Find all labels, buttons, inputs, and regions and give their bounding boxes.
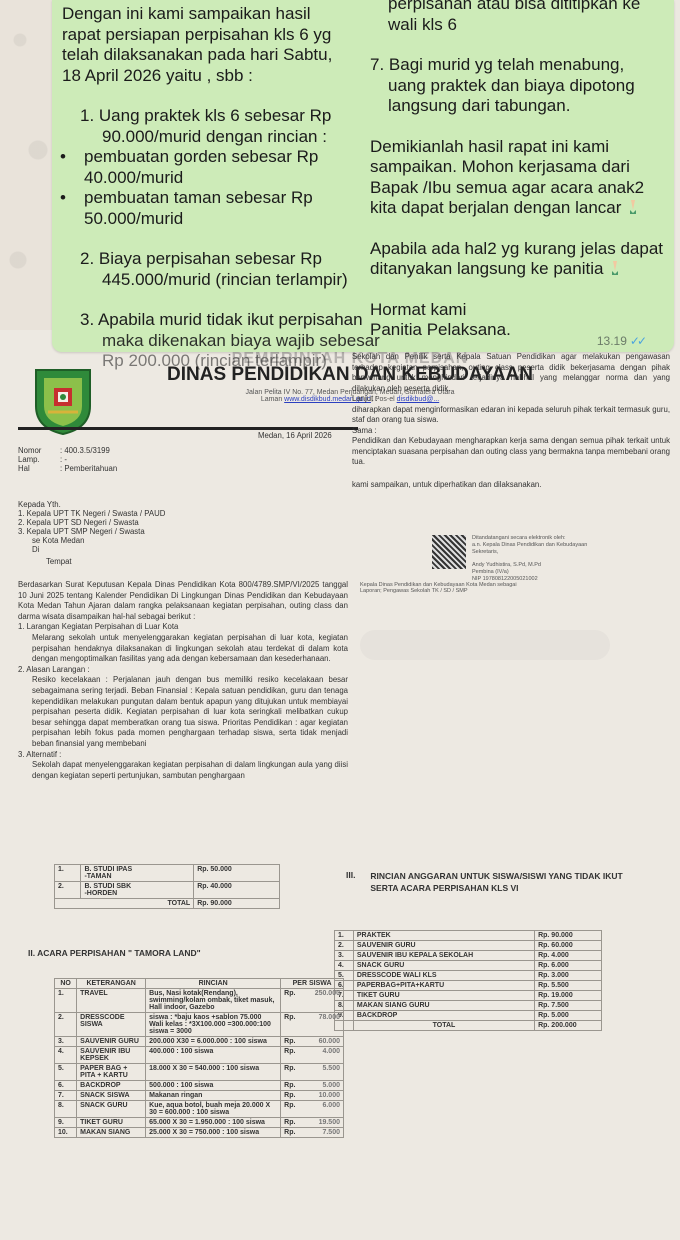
message-right-column: perpisahan atau bisa dititipkan ke wali … xyxy=(370,0,670,341)
table-row: 10.MAKAN SIANG25.000 X 30 = 750.000 : 10… xyxy=(55,1128,344,1138)
cell-currency: Rp. xyxy=(281,1064,304,1081)
cell-currency: Rp. xyxy=(281,1081,304,1091)
question-text: Apabila ada hal2 yg kurang jelas dapat d… xyxy=(370,239,670,280)
meta-row: Lamp.: - xyxy=(18,455,178,464)
non-participant-cost-table: 1.PRAKTEKRp. 90.0002.SAUVENIR GURURp. 60… xyxy=(334,930,602,1031)
cell-no: 4. xyxy=(55,1047,77,1064)
folded-hands-icon xyxy=(608,260,622,276)
cell-currency: Rp. xyxy=(281,1047,304,1064)
cell-amount: Rp. 6.000 xyxy=(535,961,602,971)
letter-paragraph: kami sampaikan, untuk diperhatikan dan d… xyxy=(352,480,670,491)
closing-text: Demikianlah hasil rapat ini kami sampaik… xyxy=(370,137,670,219)
meta-row: Nomor: 400.3.5/3199 xyxy=(18,446,178,455)
cell-keterangan: PAPER BAG + PITA + KARTU xyxy=(77,1064,146,1081)
table-row: 1.B. STUDI IPAS-TAMANRp. 50.000 xyxy=(55,865,280,882)
meta-value: : - xyxy=(60,455,67,464)
item-sub: -HORDEN xyxy=(84,890,190,897)
meta-value: : 400.3.5/3199 xyxy=(60,446,110,455)
cell-amount: Rp. 7.500 xyxy=(535,1001,602,1011)
letter-meta: Nomor: 400.3.5/3199Lamp.: -Hal: Pemberit… xyxy=(18,446,178,473)
cell-keterangan: SNACK GURU xyxy=(77,1101,146,1118)
cell-no: 2. xyxy=(335,941,354,951)
cell-rincian: 200.000 X30 = 6.000.000 : 100 siswa xyxy=(146,1037,281,1047)
cell-keterangan: SNACK SISWA xyxy=(77,1091,146,1101)
total-label: TOTAL xyxy=(353,1021,534,1031)
cell-currency: Rp. xyxy=(281,1128,304,1138)
table-row: 2.B. STUDI SBK-HORDENRp. 40.000 xyxy=(55,882,280,899)
cell-amount: 7.500 xyxy=(303,1128,343,1138)
cell-amount: Rp. 50.000 xyxy=(194,865,280,882)
meta-label: Hal xyxy=(18,464,60,473)
cell-item: DRESSCODE WALI KLS xyxy=(353,971,534,981)
cell-no: 1. xyxy=(55,989,77,1013)
cell-no: 3. xyxy=(55,1037,77,1047)
cell-no: 10. xyxy=(55,1128,77,1138)
cell-keterangan: BACKDROP xyxy=(77,1081,146,1091)
cell-item: BACKDROP xyxy=(353,1011,534,1021)
praktek-cost-table: 1.B. STUDI IPAS-TAMANRp. 50.0002.B. STUD… xyxy=(54,864,280,909)
table-row: 6.PAPERBAG+PITA+KARTURp. 5.500 xyxy=(335,981,602,991)
bullet-item: pembuatan taman sebesar Rp 50.000/murid xyxy=(62,188,352,229)
recipient-item: 3. Kepala UPT SMP Negeri / Swasta xyxy=(18,527,238,536)
section-3-title: III. RINCIAN ANGGARAN UNTUK SISWA/SISWI … xyxy=(346,870,666,894)
column-header: PER SISWA xyxy=(281,979,344,989)
cell-amount: 6.000 xyxy=(303,1101,343,1118)
cell-no: 9. xyxy=(55,1118,77,1128)
cell-amount: 5.500 xyxy=(303,1064,343,1081)
cell-rincian: Makanan ringan xyxy=(146,1091,281,1101)
total-amount: Rp. 90.000 xyxy=(194,899,280,909)
cell-amount: 10.000 xyxy=(303,1091,343,1101)
cell-amount: 60.000 xyxy=(303,1037,343,1047)
recipient-tail: se Kota Medan xyxy=(18,536,238,545)
table-row: 5.PAPER BAG + PITA + KARTU18.000 X 30 = … xyxy=(55,1064,344,1081)
cell-rincian: 65.000 X 30 = 1.950.000 : 100 siswa xyxy=(146,1118,281,1128)
cell-no: 2. xyxy=(55,882,81,899)
recipient-tail: Tempat xyxy=(18,557,238,566)
message-timestamp: 13.19✓✓ xyxy=(597,334,644,348)
cell-item: SAUVENIR IBU KEPALA SEKOLAH xyxy=(353,951,534,961)
tembusan: Kepala Dinas Pendidikan dan Kebudayaan K… xyxy=(360,582,530,594)
qr-signature-code xyxy=(432,535,466,569)
attached-document-image[interactable]: PEMERINTAH KOTA MEDAN DINAS PENDIDIKAN D… xyxy=(0,330,680,1240)
recipients: Kepada Yth. 1. Kepala UPT TK Negeri / Sw… xyxy=(18,500,238,566)
cell-rincian: 25.000 X 30 = 750.000 : 100 siswa xyxy=(146,1128,281,1138)
folded-hands-icon xyxy=(626,199,640,215)
column-header: NO xyxy=(55,979,77,989)
cell-no: 8. xyxy=(55,1101,77,1118)
table-row: 2.SAUVENIR GURURp. 60.000 xyxy=(335,941,602,951)
letter-paragraph: Lanjut : xyxy=(352,394,670,405)
cell-keterangan: SAUVENIR GURU xyxy=(77,1037,146,1047)
cell-item: MAKAN SIANG GURU xyxy=(353,1001,534,1011)
table-total-row: TOTALRp. 200.000 xyxy=(335,1021,602,1031)
cell-item: TIKET GURU xyxy=(353,991,534,1001)
cell-amount: 5.000 xyxy=(303,1081,343,1091)
cell-currency: Rp. xyxy=(281,1013,304,1037)
cell-no: 4. xyxy=(335,961,354,971)
chat-message-bubble[interactable]: Dengan ini kami sampaikan hasil rapat pe… xyxy=(52,0,674,352)
cell-rincian: Bus, Nasi kotak(Rendang), swimming/kolam… xyxy=(146,989,281,1013)
table-row: 8.MAKAN SIANG GURURp. 7.500 xyxy=(335,1001,602,1011)
cell-amount: Rp. 40.000 xyxy=(194,882,280,899)
section-2-title: II. ACARA PERPISAHAN " TAMORA LAND" xyxy=(28,948,201,958)
point-body: Sekolah dapat menyelenggarakan kegiatan … xyxy=(18,760,348,781)
total-label: TOTAL xyxy=(55,899,194,909)
cell-no: 6. xyxy=(55,1081,77,1091)
recipient-tail: Di xyxy=(18,545,238,554)
table-row: 7.TIKET GURURp. 19.000 xyxy=(335,991,602,1001)
item-sub: -TAMAN xyxy=(84,873,190,880)
letter-paragraph: diharapkan dapat menginformasikan edaran… xyxy=(352,405,670,426)
cell-keterangan: TIKET GURU xyxy=(77,1118,146,1128)
point-title: 2. Alasan Larangan : xyxy=(18,665,348,676)
cell-no: 3. xyxy=(335,951,354,961)
farewell-event-cost-table: NOKETERANGANRINCIANPER SISWA1.TRAVELBus,… xyxy=(54,978,344,1138)
meta-label: Lamp. xyxy=(18,455,60,464)
cell-amount: 250.000 xyxy=(303,989,343,1013)
letter-paragraph: Sama : xyxy=(352,426,670,437)
bullet-item: pembuatan gorden sebesar Rp 40.000/murid xyxy=(62,147,352,188)
cell-rincian: 18.000 X 30 = 540.000 : 100 siswa xyxy=(146,1064,281,1081)
letter-body: Berdasarkan Surat Keputusan Kepala Dinas… xyxy=(18,580,348,781)
cell-item: PAPERBAG+PITA+KARTU xyxy=(353,981,534,991)
double-check-read-icon: ✓✓ xyxy=(630,334,644,348)
letter-right-paragraphs: Sekolah dan Penilik serta Kepala Satuan … xyxy=(352,352,670,490)
meta-value: : Pemberitahuan xyxy=(60,464,117,473)
cell-amount: Rp. 5.000 xyxy=(535,1011,602,1021)
meta-row: Hal: Pemberitahuan xyxy=(18,464,178,473)
signature-block: Ditandatangani secara elektronik oleh: a… xyxy=(472,535,622,583)
table-row: 6.BACKDROP500.000 : 100 siswaRp.5.000 xyxy=(55,1081,344,1091)
table-row: 1.TRAVELBus, Nasi kotak(Rendang), swimmi… xyxy=(55,989,344,1013)
cell-amount: Rp. 4.000 xyxy=(535,951,602,961)
table-row: 4.SNACK GURURp. 6.000 xyxy=(335,961,602,971)
cell-no: 1. xyxy=(335,931,354,941)
medan-city-emblem-icon xyxy=(32,366,94,436)
point-body: Melarang sekolah untuk menyelenggarakan … xyxy=(18,633,348,665)
letter-paragraph: Pendidikan dan Kebudayaan mengharapkan k… xyxy=(352,436,670,468)
table-row: 3.SAUVENIR IBU KEPALA SEKOLAHRp. 4.000 xyxy=(335,951,602,961)
cell-keterangan: MAKAN SIANG xyxy=(77,1128,146,1138)
cell-no: 7. xyxy=(55,1091,77,1101)
letterhead-rule xyxy=(18,427,358,430)
table-row: 2.DRESSCODE SISWAsiswa : *baju kaos +sab… xyxy=(55,1013,344,1037)
column-header: KETERANGAN xyxy=(77,979,146,989)
cell-rincian: siswa : *baju kaos +sablon 75.000 Wali k… xyxy=(146,1013,281,1037)
cell-currency: Rp. xyxy=(281,989,304,1013)
table-row: 5.DRESSCODE WALI KLSRp. 3.000 xyxy=(335,971,602,981)
cell-amount: Rp. 90.000 xyxy=(535,931,602,941)
item-name: B. STUDI IPAS xyxy=(84,866,190,873)
cell-currency: Rp. xyxy=(281,1037,304,1047)
cell-item: B. STUDI IPAS-TAMAN xyxy=(81,865,194,882)
total-amount: Rp. 200.000 xyxy=(535,1021,602,1031)
cell-rincian: 400.000 : 100 siswa xyxy=(146,1047,281,1064)
cell-amount: 4.000 xyxy=(303,1047,343,1064)
cell-item: SAUVENIR GURU xyxy=(353,941,534,951)
cell-keterangan: SAUVENIR IBU KEPSEK xyxy=(77,1047,146,1064)
cell-amount: Rp. 60.000 xyxy=(535,941,602,951)
cell-amount: 78.000 xyxy=(303,1013,343,1037)
point-title: 3. Alternatif : xyxy=(18,750,348,761)
cell-item: B. STUDI SBK-HORDEN xyxy=(81,882,194,899)
cell-currency: Rp. xyxy=(281,1118,304,1128)
cell-currency: Rp. xyxy=(281,1101,304,1118)
cell-keterangan: TRAVEL xyxy=(77,989,146,1013)
table-total-row: TOTALRp. 90.000 xyxy=(55,899,280,909)
cell-amount: 19.500 xyxy=(303,1118,343,1128)
cell-amount: Rp. 19.000 xyxy=(535,991,602,1001)
cell-amount: Rp. 3.000 xyxy=(535,971,602,981)
cell-no: 2. xyxy=(55,1013,77,1037)
cell-rincian: 500.000 : 100 siswa xyxy=(146,1081,281,1091)
cell-item: PRAKTEK xyxy=(353,931,534,941)
cell-no: 1. xyxy=(55,865,81,882)
letter-paragraph: Sekolah dan Penilik serta Kepala Satuan … xyxy=(352,352,670,394)
meta-label: Nomor xyxy=(18,446,60,455)
recipient-item: 2. Kepala UPT SD Negeri / Swasta xyxy=(18,518,238,527)
cell-amount: Rp. 5.500 xyxy=(535,981,602,991)
table-row: 3.SAUVENIR GURU200.000 X30 = 6.000.000 :… xyxy=(55,1037,344,1047)
cell-item: SNACK GURU xyxy=(353,961,534,971)
table-row: 4.SAUVENIR IBU KEPSEK400.000 : 100 siswa… xyxy=(55,1047,344,1064)
point-body: Resiko kecelakaan : Perjalanan jauh deng… xyxy=(18,675,348,749)
table-row: 7.SNACK SISWAMakanan ringanRp.10.000 xyxy=(55,1091,344,1101)
cell-currency: Rp. xyxy=(281,1091,304,1101)
table-row: 9.BACKDROPRp. 5.000 xyxy=(335,1011,602,1021)
table-row: 8.SNACK GURUKue, aqua botol, buah meja 2… xyxy=(55,1101,344,1118)
recipient-item: 1. Kepala UPT TK Negeri / Swasta / PAUD xyxy=(18,509,238,518)
item-name: B. STUDI SBK xyxy=(84,883,190,890)
table-row: 9.TIKET GURU65.000 X 30 = 1.950.000 : 10… xyxy=(55,1118,344,1128)
table-header-row: NOKETERANGANRINCIANPER SISWA xyxy=(55,979,344,989)
cell-rincian: Kue, aqua botol, buah meja 20.000 X 30 =… xyxy=(146,1101,281,1118)
faded-overlay xyxy=(360,630,610,660)
message-left-column: Dengan ini kami sampaikan hasil rapat pe… xyxy=(62,4,352,372)
cell-keterangan: DRESSCODE SISWA xyxy=(77,1013,146,1037)
column-header: RINCIAN xyxy=(146,979,281,989)
cell-no: 5. xyxy=(55,1064,77,1081)
place-date: Medan, 16 April 2026 xyxy=(258,431,332,440)
point-title: 1. Larangan Kegiatan Perpisahan di Luar … xyxy=(18,622,348,633)
chat-wallpaper xyxy=(0,0,60,340)
table-row: 1.PRAKTEKRp. 90.000 xyxy=(335,931,602,941)
